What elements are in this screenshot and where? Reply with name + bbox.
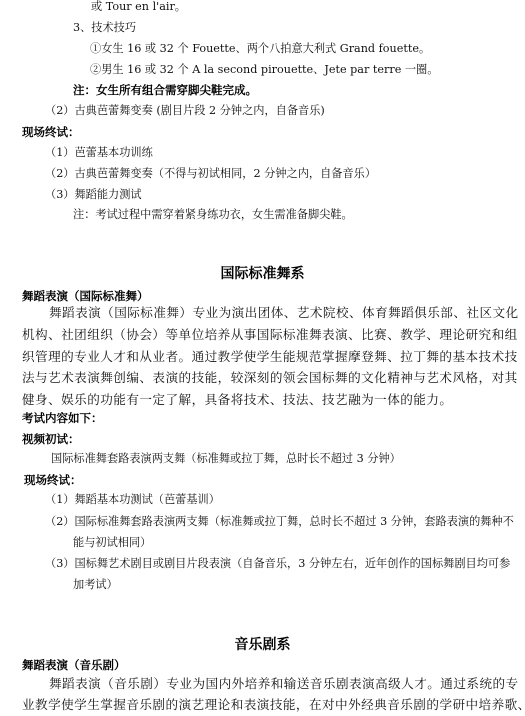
tour-en-lair-line: 或 Tour en l'air。: [91, 0, 186, 14]
final-note: 注：考试过程中需穿着紧身练功衣，女生需准备脚尖鞋。: [73, 208, 353, 222]
final-item-1: （1）芭蕾基本功训练: [45, 146, 153, 160]
variation-item: （2）古典芭蕾舞变奏 (剧目片段 2 分钟之内，自备音乐): [45, 104, 325, 118]
final-exam-label: 现场终试：: [22, 125, 80, 139]
final-item-1: （1）舞蹈基本功测试（芭蕾基训）: [45, 493, 220, 507]
description-line: 健身、娱乐的功能有一定了解，具备将技术、技法、技艺融为一体的能力。: [22, 392, 452, 408]
exam-content-label: 考试内容如下：: [22, 411, 103, 425]
description-line: 机构、社团组织（协会）等单位培养从事国际标准舞表演、比赛、教学、理论研究和组: [22, 327, 518, 343]
major-title-ballroom: 舞蹈表演（国际标准舞）: [22, 289, 149, 303]
final-item-2: （2）古典芭蕾舞变奏（不得与初试相同，2 分钟之内，自备音乐）: [45, 167, 376, 181]
final-item-2: （2）国际标准舞套路表演两支舞（标准舞或拉丁舞，总时长不超过 3 分钟，套路表演…: [45, 515, 514, 529]
video-prelim-label: 视频初试：: [22, 432, 80, 446]
final-item-3: （3）舞蹈能力测试: [45, 188, 142, 202]
description-line: 织管理的专业人才和从业者。通过教学使学生能规范掌握摩登舞、拉丁舞的基本技术技: [22, 349, 518, 365]
description-line: 法与艺术表演舞创编、表演的技能，较深刻的领会国标舞的文化精神与艺术风格，对其: [22, 370, 518, 386]
video-prelim-item: 国际标准舞套路表演两支舞（标准舞或拉丁舞，总时长不超过 3 分钟）: [51, 452, 401, 466]
description-line: 舞蹈表演（国际标准舞）专业为演出团体、艺术院校、体育舞蹈俱乐部、社区文化: [49, 305, 519, 321]
major-title-musical: 舞蹈表演（音乐剧）: [22, 658, 126, 672]
description-line: 舞蹈表演（音乐剧）专业为国内外培养和输送音乐剧表演高级人才。通过系统的专: [49, 676, 519, 692]
technique-item-female: ①女生 16 或 32 个 Fouette、两个八拍意大利式 Grand fou…: [90, 42, 430, 56]
final-exam-label: 现场终试：: [24, 473, 82, 487]
technique-title: 3、技术技巧: [73, 21, 136, 35]
final-item-2-cont: 能与初试相同）: [73, 536, 151, 550]
final-item-3-cont: 加考试）: [73, 578, 118, 592]
final-item-3: （3）国标舞艺术剧目或剧目片段表演（自备音乐，3 分钟左右，近年创作的国标舞剧目…: [45, 557, 510, 571]
department-title-musical: 音乐剧系: [0, 636, 525, 654]
description-line: 业教学使学生掌握音乐剧的演艺理论和表演技能，在对中外经典音乐剧的学研中培养歌、: [22, 697, 525, 713]
pointe-shoe-note: 注：女生所有组合需穿脚尖鞋完成。: [73, 83, 257, 97]
technique-item-male: ②男生 16 或 32 个 A la second pirouette、Jete…: [90, 63, 438, 77]
department-title-ballroom: 国际标准舞系: [0, 265, 525, 283]
